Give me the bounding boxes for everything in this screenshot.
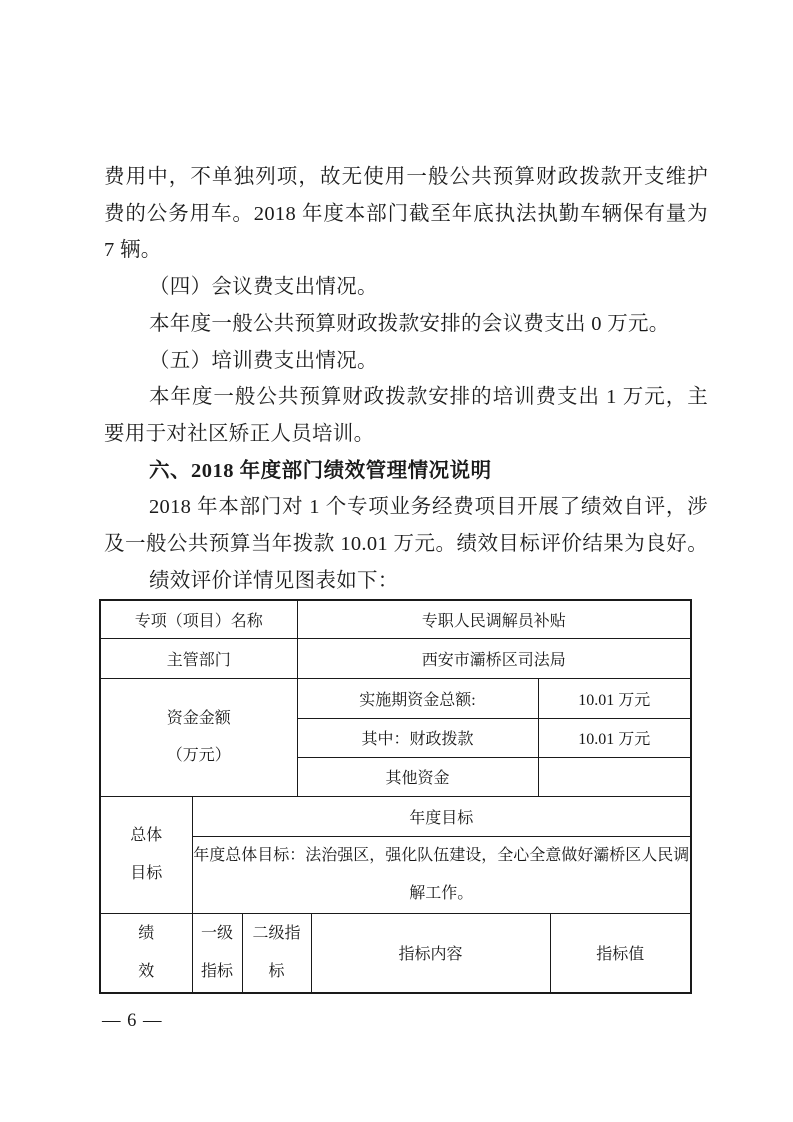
table-row: 专项（项目）名称 专职人民调解员补贴 — [100, 600, 691, 638]
funds-total-value-cell: 10.01 万元 — [538, 678, 691, 718]
indicator-value-header-cell: 指标值 — [550, 913, 691, 993]
paragraph-line: 要用于对社区矫正人员培训。 — [104, 416, 708, 453]
funds-label-line: （万元） — [101, 737, 297, 774]
annual-goal-line: 解工作。 — [193, 875, 691, 913]
paragraph-line: 本年度一般公共预算财政拨款安排的培训费支出 1 万元，主 — [104, 379, 708, 416]
annual-goal-header-cell: 年度目标 — [192, 796, 691, 836]
funds-label-cell: 资金金额 （万元） — [100, 678, 297, 796]
document-page: 费用中，不单独列项，故无使用一般公共预算财政拨款开支维护 费的公务用车。2018… — [0, 0, 793, 1122]
project-name-value-cell: 专职人民调解员补贴 — [297, 600, 691, 638]
project-name-label-cell: 专项（项目）名称 — [100, 600, 297, 638]
table-row: 资金金额 （万元） 实施期资金总额: 10.01 万元 — [100, 678, 691, 718]
funds-other-value-cell — [538, 757, 691, 796]
perf-label-cell: 绩 效 — [100, 913, 192, 993]
funds-fiscal-label-cell: 其中：财政拨款 — [297, 718, 538, 757]
indicator-content-header-cell: 指标内容 — [311, 913, 550, 993]
paragraph-line: 2018 年本部门对 1 个专项业务经费项目开展了绩效自评，涉 — [104, 489, 708, 526]
paragraph-line: 本年度一般公共预算财政拨款安排的会议费支出 0 万元。 — [104, 306, 708, 343]
paragraph-line: 费的公务用车。2018 年度本部门截至年底执法执勤车辆保有量为 — [104, 196, 708, 233]
funds-label-line: 资金金额 — [101, 700, 297, 737]
overall-goal-label-line: 目标 — [101, 855, 192, 893]
level1-indicator-line: 指标 — [193, 953, 242, 991]
paragraph-line: （四）会议费支出情况。 — [104, 269, 708, 306]
table-row: 绩 效 一级 指标 二级指 标 指标内容 指标值 — [100, 913, 691, 993]
level1-indicator-header-cell: 一级 指标 — [192, 913, 242, 993]
table-row: 主管部门 西安市灞桥区司法局 — [100, 638, 691, 678]
annual-goal-line: 年度总体目标：法治强区，强化队伍建设，全心全意做好灞桥区人民调 — [193, 837, 691, 875]
level2-indicator-header-cell: 二级指 标 — [242, 913, 311, 993]
paragraph-line: 7 辆。 — [104, 232, 708, 269]
paragraph-line: （五）培训费支出情况。 — [104, 343, 708, 380]
funds-fiscal-value-cell: 10.01 万元 — [538, 718, 691, 757]
section-heading: 六、2018 年度部门绩效管理情况说明 — [104, 453, 708, 490]
body-text: 费用中，不单独列项，故无使用一般公共预算财政拨款开支维护 费的公务用车。2018… — [104, 159, 708, 599]
paragraph-line: 绩效评价详情见图表如下： — [104, 563, 708, 600]
perf-label-line: 效 — [101, 953, 192, 991]
overall-goal-label-line: 总体 — [101, 817, 192, 855]
funds-total-label-cell: 实施期资金总额: — [297, 678, 538, 718]
funds-other-label-cell: 其他资金 — [297, 757, 538, 796]
department-label-cell: 主管部门 — [100, 638, 297, 678]
table-row: 总体 目标 年度目标 — [100, 796, 691, 836]
level2-indicator-line: 标 — [243, 953, 311, 991]
paragraph-line: 费用中，不单独列项，故无使用一般公共预算财政拨款开支维护 — [104, 159, 708, 196]
performance-table: 专项（项目）名称 专职人民调解员补贴 主管部门 西安市灞桥区司法局 资金金额 （… — [99, 599, 692, 994]
level1-indicator-line: 一级 — [193, 915, 242, 953]
paragraph-line: 及一般公共预算当年拨款 10.01 万元。绩效目标评价结果为良好。 — [104, 526, 708, 563]
page-number: — 6 — — [102, 1011, 163, 1032]
perf-label-line: 绩 — [101, 915, 192, 953]
overall-goal-label-cell: 总体 目标 — [100, 796, 192, 913]
annual-goal-text-cell: 年度总体目标：法治强区，强化队伍建设，全心全意做好灞桥区人民调 解工作。 — [192, 836, 691, 913]
level2-indicator-line: 二级指 — [243, 915, 311, 953]
department-value-cell: 西安市灞桥区司法局 — [297, 638, 691, 678]
